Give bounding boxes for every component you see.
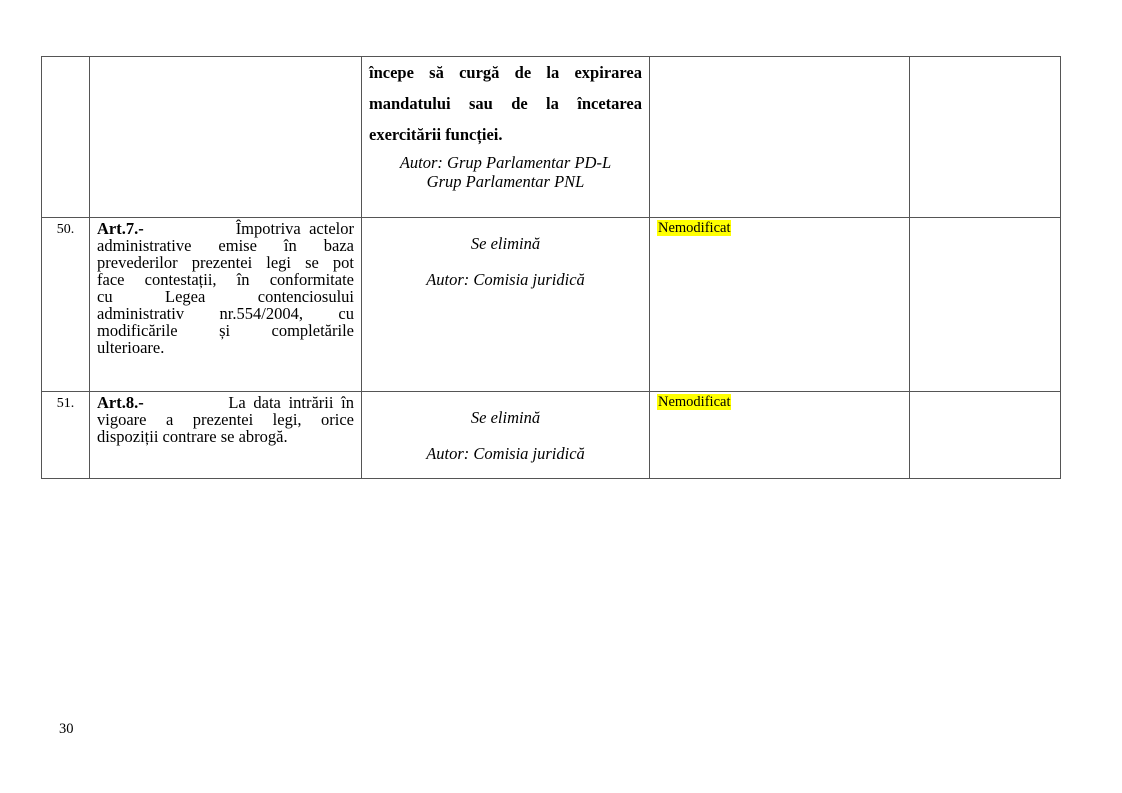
amendments-table: începe să curgă de la expirarea mandatul… xyxy=(41,56,1061,479)
committee-cell xyxy=(650,57,910,218)
document-page: începe să curgă de la expirarea mandatul… xyxy=(0,0,1122,793)
committee-status-highlight: Nemodificat xyxy=(657,220,731,236)
proposal-author: Autor: Comisia juridică xyxy=(369,444,642,464)
original-text-cell xyxy=(90,57,362,218)
proposal-cell: Se elimină Autor: Comisia juridică xyxy=(362,218,650,392)
observations-cell xyxy=(910,218,1061,392)
original-text-cell: Art.7.- Împotriva actelor administrative… xyxy=(90,218,362,392)
committee-status-highlight: Nemodificat xyxy=(657,394,731,410)
row-number-cell: 51. xyxy=(42,392,90,479)
proposal-text: începe să curgă de la expirarea mandatul… xyxy=(369,57,642,150)
proposal-author: Autor: Grup Parlamentar PD-L Grup Parlam… xyxy=(369,153,642,191)
row-number-cell: 50. xyxy=(42,218,90,392)
committee-cell: Nemodificat xyxy=(650,392,910,479)
page-number: 30 xyxy=(59,721,74,738)
proposal-author: Autor: Comisia juridică xyxy=(369,270,642,290)
proposal-text: Se elimină xyxy=(369,408,642,428)
table-row: 51. Art.8.- La data intrării în vigoare … xyxy=(42,392,1061,479)
proposal-cell: Se elimină Autor: Comisia juridică xyxy=(362,392,650,479)
table-row: începe să curgă de la expirarea mandatul… xyxy=(42,57,1061,218)
row-number-cell xyxy=(42,57,90,218)
original-text-cell: Art.8.- La data intrării în vigoare a pr… xyxy=(90,392,362,479)
observations-cell xyxy=(910,392,1061,479)
committee-cell: Nemodificat xyxy=(650,218,910,392)
proposal-cell: începe să curgă de la expirarea mandatul… xyxy=(362,57,650,218)
table-row: 50. Art.7.- Împotriva actelor administra… xyxy=(42,218,1061,392)
observations-cell xyxy=(910,57,1061,218)
proposal-text: Se elimină xyxy=(369,234,642,254)
